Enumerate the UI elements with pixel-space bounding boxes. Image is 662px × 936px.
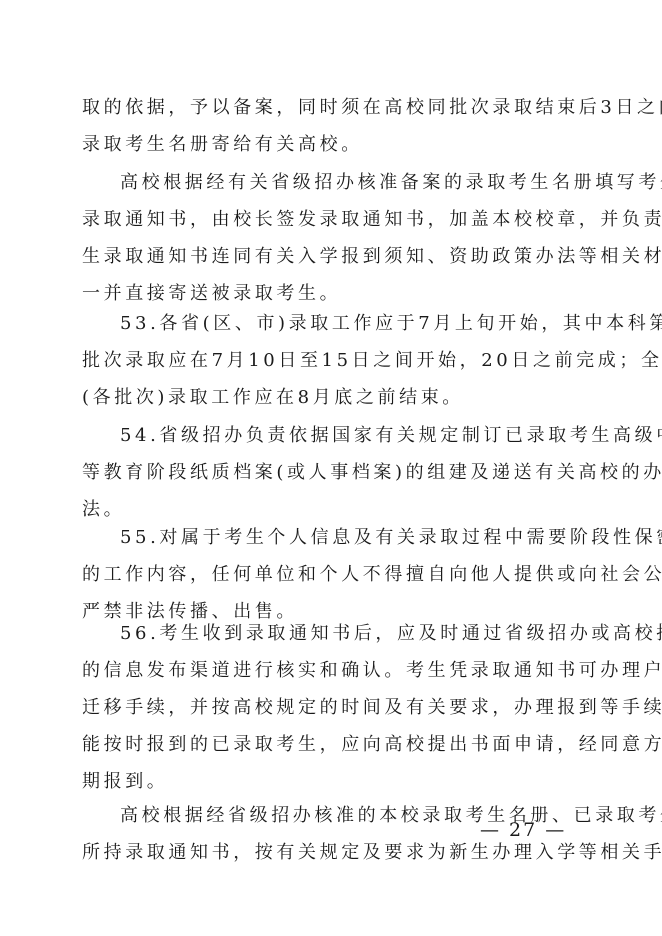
document-page: 取的依据，予以备案，同时须在高校同批次录取结束后3日之内将录取考生名册寄给有关高… [0, 0, 662, 936]
text-line: 所持录取通知书，按有关规定及要求为新生办理入学等相关手续。 [82, 841, 574, 865]
text-line: 严禁非法传播、出售。 [82, 600, 574, 624]
text-line: 等教育阶段纸质档案(或人事档案)的组建及递送有关高校的办 [82, 461, 574, 485]
text-line: 的工作内容，任何单位和个人不得擅自向他人提供或向社会公开， [82, 563, 574, 587]
text-line: 一并直接寄送被录取考生。 [82, 282, 574, 306]
text-line: 录取通知书，由校长签发录取通知书，加盖本校校章，并负责将考 [82, 208, 574, 232]
text-line: 的信息发布渠道进行核实和确认。考生凭录取通知书可办理户口 [82, 659, 574, 683]
page-number: — 27 — [480, 818, 566, 842]
text-line: 期报到。 [82, 770, 574, 794]
text-line: 录取考生名册寄给有关高校。 [82, 133, 574, 157]
text-line: 54.省级招办负责依据国家有关规定制订已录取考生高级中 [120, 424, 574, 448]
text-line: 生录取通知书连同有关入学报到须知、资助政策办法等相关材料 [82, 245, 574, 269]
text-line: 能按时报到的已录取考生，应向高校提出书面申请，经同意方可延 [82, 733, 574, 757]
text-line: 迁移手续，并按高校规定的时间及有关要求，办理报到等手续。不 [82, 696, 574, 720]
text-line: 55.对属于考生个人信息及有关录取过程中需要阶段性保密 [120, 526, 574, 550]
text-line: 53.各省(区、市)录取工作应于7月上旬开始，其中本科第一 [120, 312, 574, 336]
text-line: 高校根据经有关省级招办核准备案的录取考生名册填写考生 [120, 171, 574, 195]
text-line: 批次录取应在7月10日至15日之间开始，20日之前完成；全部 [82, 349, 574, 373]
text-line: 56.考生收到录取通知书后，应及时通过省级招办或高校指定 [120, 622, 574, 646]
text-line: 法。 [82, 498, 574, 522]
text-line: 取的依据，予以备案，同时须在高校同批次录取结束后3日之内将 [82, 96, 574, 120]
text-line: (各批次)录取工作应在8月底之前结束。 [82, 386, 574, 410]
